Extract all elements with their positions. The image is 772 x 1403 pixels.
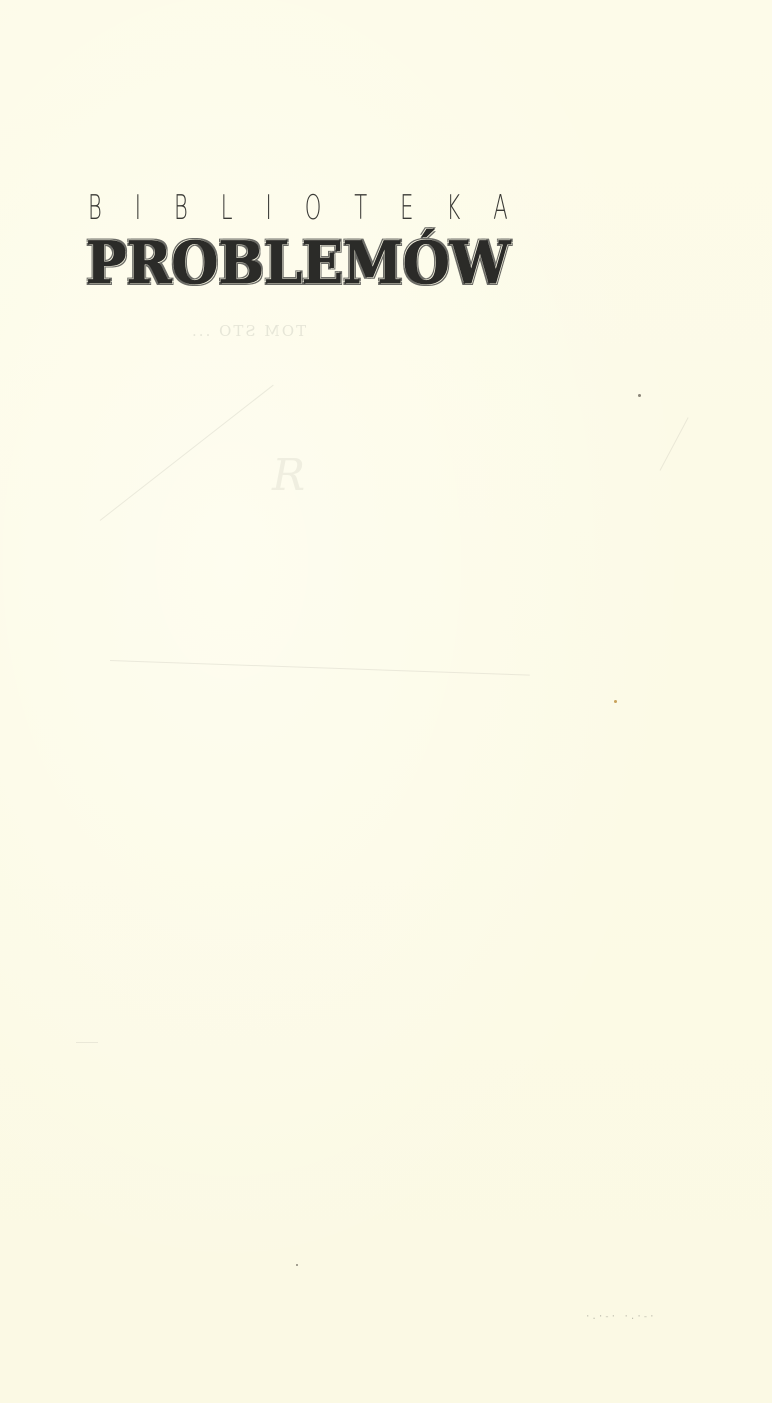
series-letter: A — [493, 188, 507, 228]
series-letter: T — [354, 188, 367, 228]
series-letter: B — [88, 188, 102, 228]
footer-marks: ·.·-· ·.·-· — [585, 1312, 656, 1322]
series-title-line1: B I B L I O T E K A — [88, 188, 508, 228]
paper-speck — [296, 1264, 298, 1266]
paper-scratch — [100, 385, 274, 521]
series-title-line2: PROBLEMÓW — [86, 232, 510, 294]
series-letter: O — [305, 188, 322, 228]
paper-scratch — [76, 1042, 98, 1043]
book-page: B I B L I O T E K A PROBLEMÓW TOM STO ..… — [0, 0, 772, 1403]
bleed-through-text: TOM STO ... — [190, 322, 306, 340]
series-letter: E — [400, 188, 413, 228]
series-letter: K — [446, 188, 460, 228]
series-letter: I — [135, 188, 141, 228]
paper-scratch — [110, 660, 530, 676]
series-letter: I — [266, 188, 272, 228]
paper-speck — [638, 394, 641, 397]
bleed-through-mark: R — [272, 450, 305, 501]
paper-speck — [614, 700, 617, 703]
series-letter: B — [174, 188, 188, 228]
paper-scratch — [660, 417, 689, 470]
series-letter: L — [221, 188, 233, 228]
